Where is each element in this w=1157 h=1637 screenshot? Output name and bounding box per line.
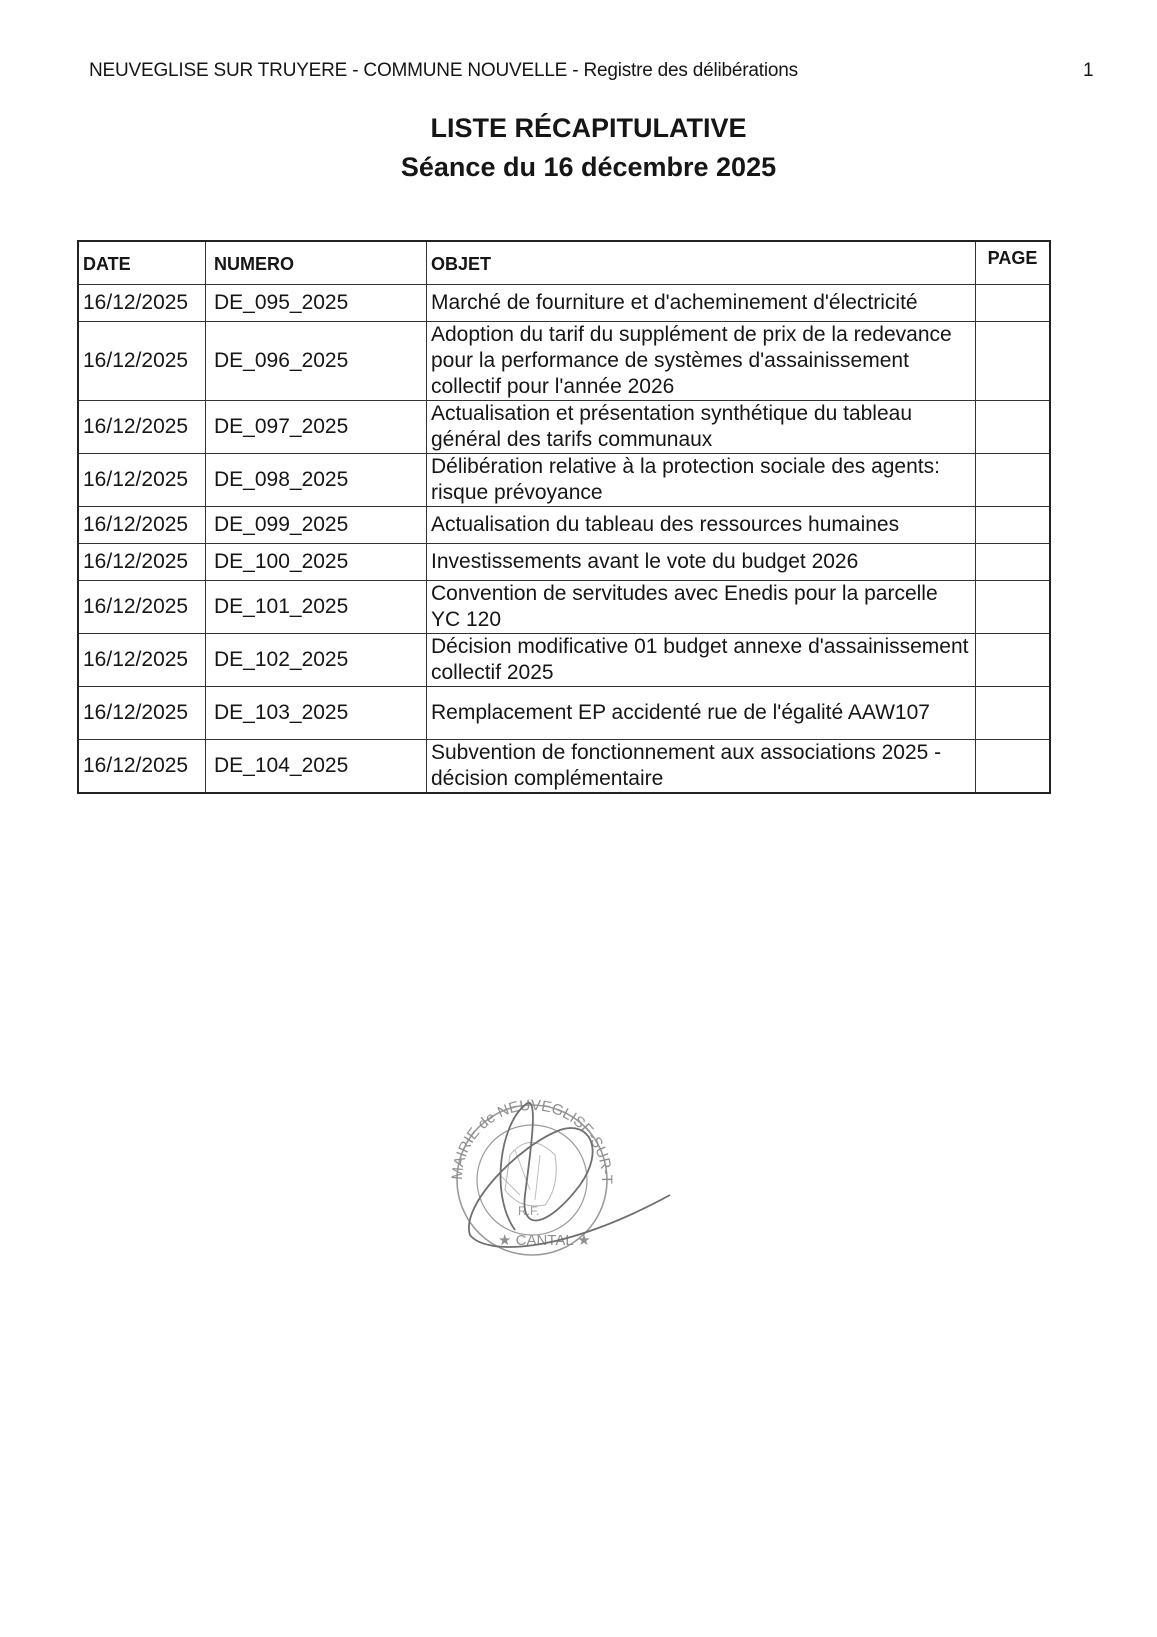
table-header-row: DATE NUMERO OBJET PAGE bbox=[78, 241, 1050, 285]
cell-objet: Adoption du tarif du supplément de prix … bbox=[427, 322, 976, 401]
table-row: 16/12/2025 DE_104_2025 Subvention de fon… bbox=[78, 740, 1050, 794]
cell-page bbox=[976, 322, 1051, 401]
table-row: 16/12/2025 DE_103_2025 Remplacement EP a… bbox=[78, 687, 1050, 740]
cell-numero: DE_097_2025 bbox=[206, 401, 427, 454]
column-header-page: PAGE bbox=[976, 241, 1051, 285]
cell-objet: Délibération relative à la protection so… bbox=[427, 454, 976, 507]
page-number: 1 bbox=[1083, 60, 1094, 82]
cell-page bbox=[976, 581, 1051, 634]
cell-date: 16/12/2025 bbox=[78, 581, 206, 634]
cell-date: 16/12/2025 bbox=[78, 687, 206, 740]
cell-date: 16/12/2025 bbox=[78, 401, 206, 454]
cell-objet: Décision modificative 01 budget annexe d… bbox=[427, 634, 976, 687]
cell-objet: Actualisation et présentation synthétiqu… bbox=[427, 401, 976, 454]
cell-page bbox=[976, 401, 1051, 454]
mairie-seal-with-signature: MAIRIE de NEUVEGLISE-SUR-TRUYERE R.F. ★ … bbox=[440, 1085, 700, 1265]
cell-page bbox=[976, 454, 1051, 507]
cell-objet: Actualisation du tableau des ressources … bbox=[427, 507, 976, 544]
cell-date: 16/12/2025 bbox=[78, 454, 206, 507]
cell-page bbox=[976, 507, 1051, 544]
cell-numero: DE_103_2025 bbox=[206, 687, 427, 740]
cell-objet: Remplacement EP accidenté rue de l'égali… bbox=[427, 687, 976, 740]
cell-numero: DE_099_2025 bbox=[206, 507, 427, 544]
cell-numero: DE_095_2025 bbox=[206, 285, 427, 322]
cell-numero: DE_100_2025 bbox=[206, 544, 427, 581]
cell-numero: DE_104_2025 bbox=[206, 740, 427, 794]
cell-objet: Investissements avant le vote du budget … bbox=[427, 544, 976, 581]
cell-numero: DE_101_2025 bbox=[206, 581, 427, 634]
table-row: 16/12/2025 DE_099_2025 Actualisation du … bbox=[78, 507, 1050, 544]
table-row: 16/12/2025 DE_095_2025 Marché de fournit… bbox=[78, 285, 1050, 322]
document-title: LISTE RÉCAPITULATIVE bbox=[10, 113, 1157, 144]
column-header-numero: NUMERO bbox=[206, 241, 427, 285]
column-header-objet: OBJET bbox=[427, 241, 976, 285]
cell-date: 16/12/2025 bbox=[78, 544, 206, 581]
table-row: 16/12/2025 DE_097_2025 Actualisation et … bbox=[78, 401, 1050, 454]
table-row: 16/12/2025 DE_101_2025 Convention de ser… bbox=[78, 581, 1050, 634]
cell-numero: DE_102_2025 bbox=[206, 634, 427, 687]
table-row: 16/12/2025 DE_100_2025 Investissements a… bbox=[78, 544, 1050, 581]
cell-page bbox=[976, 285, 1051, 322]
cell-objet: Marché de fourniture et d'acheminement d… bbox=[427, 285, 976, 322]
cell-page bbox=[976, 687, 1051, 740]
cell-page bbox=[976, 634, 1051, 687]
cell-objet: Convention de servitudes avec Enedis pou… bbox=[427, 581, 976, 634]
cell-page bbox=[976, 740, 1051, 794]
column-header-date: DATE bbox=[78, 241, 206, 285]
cell-date: 16/12/2025 bbox=[78, 634, 206, 687]
running-header: NEUVEGLISE SUR TRUYERE - COMMUNE NOUVELL… bbox=[89, 60, 798, 82]
cell-numero: DE_096_2025 bbox=[206, 322, 427, 401]
cell-objet: Subvention de fonctionnement aux associa… bbox=[427, 740, 976, 794]
table-row: 16/12/2025 DE_102_2025 Décision modifica… bbox=[78, 634, 1050, 687]
table-row: 16/12/2025 DE_096_2025 Adoption du tarif… bbox=[78, 322, 1050, 401]
table-row: 16/12/2025 DE_098_2025 Délibération rela… bbox=[78, 454, 1050, 507]
cell-date: 16/12/2025 bbox=[78, 507, 206, 544]
session-date-title: Séance du 16 décembre 2025 bbox=[10, 152, 1157, 183]
deliberations-table: DATE NUMERO OBJET PAGE 16/12/2025 DE_095… bbox=[77, 240, 1051, 794]
cell-numero: DE_098_2025 bbox=[206, 454, 427, 507]
cell-page bbox=[976, 544, 1051, 581]
seal-center-text: R.F. bbox=[518, 1204, 539, 1218]
cell-date: 16/12/2025 bbox=[78, 285, 206, 322]
cell-date: 16/12/2025 bbox=[78, 322, 206, 401]
cell-date: 16/12/2025 bbox=[78, 740, 206, 794]
